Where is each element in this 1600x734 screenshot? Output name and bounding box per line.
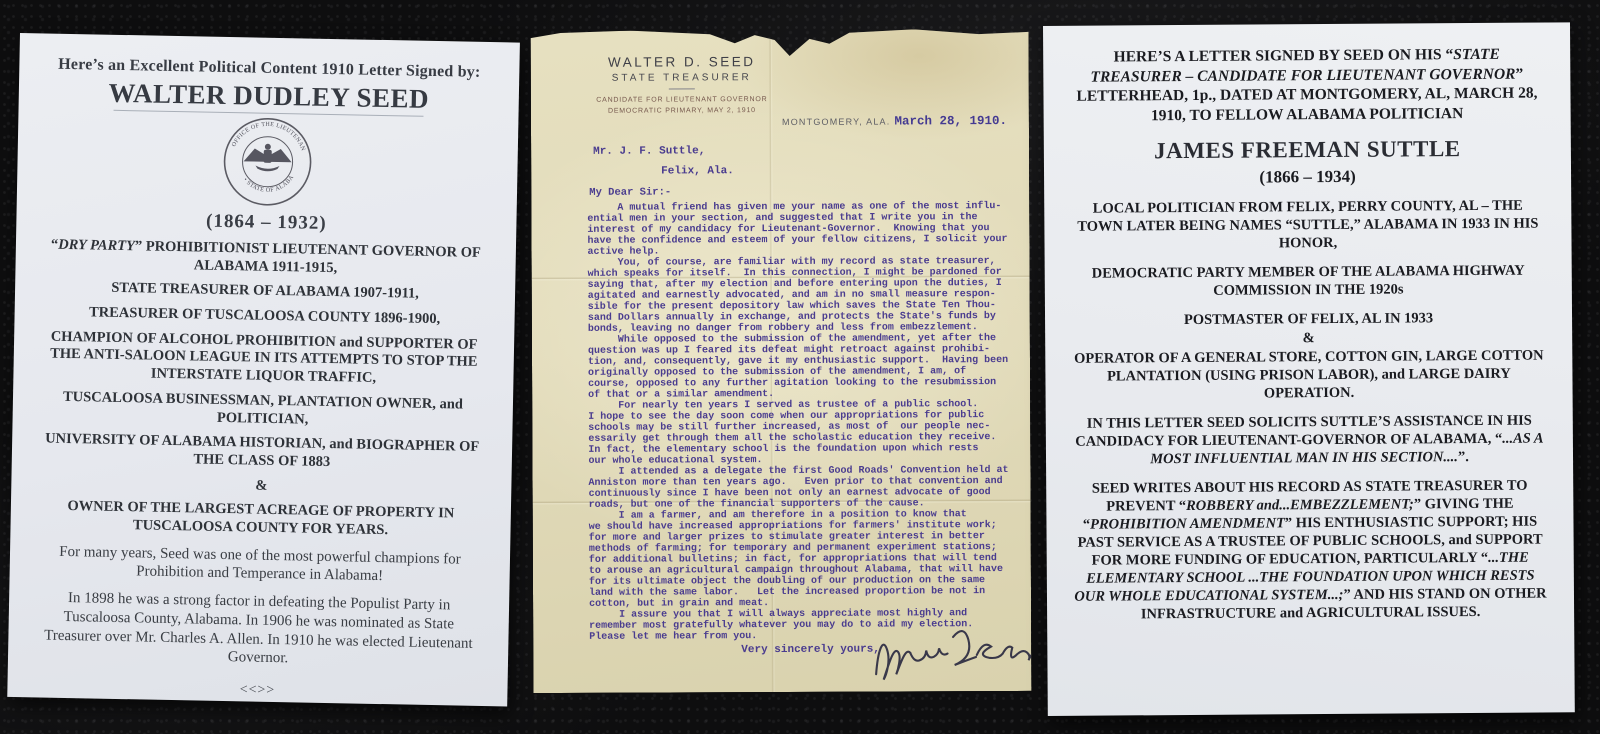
left-bold-paragraph: UNIVERSITY OF ALABAMA HISTORIAN, and BIO… (38, 431, 487, 475)
text-segment: TUSCALOOSA BUSINESSMAN, PLANTATION OWNER… (63, 389, 463, 427)
letter-line: In fact, the elementary school is the fo… (588, 443, 1018, 456)
text-segment: ”. (1458, 449, 1469, 465)
original-1910-letter: WALTER D. SEED STATE TREASURER CANDIDATE… (531, 29, 1032, 693)
text-segment: TREASURER OF TUSCALOOSA COUNTY 1896-1900… (89, 304, 440, 327)
letterhead-candidate-line: CANDIDATE FOR LIEUTENANT GOVERNOR (577, 95, 787, 106)
left-bold-paragraph: TREASURER OF TUSCALOOSA COUNTY 1896-1900… (40, 304, 488, 330)
alabama-lieutenant-governor-seal-icon: OFFICE OF THE LIEUTENANT GOVERNOR • STAT… (221, 117, 315, 211)
text-segment: CHAMPION OF ALCOHOL PROHIBITION and SUPP… (50, 328, 478, 386)
left-normal-paragraphs: For many years, Seed was one of the most… (33, 542, 484, 704)
text-segment: POSTMASTER OF FELIX, AL IN 1933 (1184, 310, 1433, 328)
closing-line: Very sincerely yours, (741, 644, 880, 657)
right-paragraph: DEMOCRATIC PARTY MEMBER OF THE ALABAMA H… (1072, 263, 1545, 302)
text-segment: ROBBERY and...EMBEZZLEMENT; (1186, 496, 1414, 514)
right-paragraph: (1866 – 1934) (1071, 165, 1544, 189)
right-description-page: HERE’S A LETTER SIGNED BY SEED ON HIS “S… (1043, 22, 1575, 716)
left-bold-paragraph: & (37, 473, 485, 499)
right-paragraph: POSTMASTER OF FELIX, AL IN 1933 (1072, 310, 1545, 331)
left-bold-paragraph: STATE TREASURER OF ALABAMA 1907-1911, (41, 279, 489, 305)
left-life-years: (1864 – 1932) (42, 207, 490, 238)
text-segment: OWNER OF THE LARGEST ACREAGE OF PROPERTY… (67, 498, 454, 538)
right-paragraph: & (1072, 329, 1545, 350)
left-description-page: Here’s an Excellent Political Content 19… (7, 33, 520, 706)
salutation: My Dear Sir:- (589, 186, 671, 198)
letterhead-rule (669, 88, 695, 89)
place-printed: MONTGOMERY, ALA. (782, 117, 890, 127)
right-paragraph: IN THIS LETTER SEED SOLICITS SUTTLE’S AS… (1073, 412, 1546, 469)
letter-line: course, opposed to any further agitation… (588, 377, 1018, 390)
text-segment: (1866 – 1934) (1259, 167, 1355, 187)
seal-graphic: OFFICE OF THE LIEUTENANT GOVERNOR • STAT… (221, 117, 315, 207)
right-paragraph: HERE’S A LETTER SIGNED BY SEED ON HIS “S… (1070, 45, 1544, 127)
right-paragraph: LOCAL POLITICIAN FROM FELIX, PERRY COUNT… (1071, 198, 1544, 255)
text-segment: JAMES FREEMAN SUTTLE (1154, 136, 1461, 163)
letter-body: A mutual friend has given me your name a… (587, 201, 1019, 643)
letterhead-title: STATE TREASURER (577, 72, 787, 84)
left-bold-paragraphs: “DRY PARTY” PROHIBITIONIST LIEUTENANT GO… (36, 236, 490, 541)
recipient-address: Mr. J. F. Suttle, Felix, Ala. (593, 146, 734, 178)
left-bold-paragraph: OWNER OF THE LARGEST ACREAGE OF PROPERTY… (36, 498, 485, 542)
text-segment: <<>> (239, 682, 275, 698)
text-segment: IN THIS LETTER SEED SOLICITS SUTTLE’S AS… (1075, 413, 1532, 450)
text-segment: STATE TREASURER OF ALABAMA 1907-1911, (111, 280, 419, 302)
right-paragraphs: HERE’S A LETTER SIGNED BY SEED ON HIS “S… (1070, 45, 1547, 625)
letterhead: WALTER D. SEED STATE TREASURER CANDIDATE… (577, 54, 787, 117)
recipient-town: Felix, Ala. (661, 166, 734, 177)
text-segment: & (255, 477, 267, 493)
right-paragraph: JAMES FREEMAN SUTTLE (1071, 134, 1544, 166)
text-segment: HERE’S A LETTER SIGNED BY SEED ON HIS “ (1114, 46, 1454, 65)
text-segment: For many years, Seed was one of the most… (59, 543, 461, 584)
typed-date: March 28, 1910. (894, 114, 1007, 128)
signature-walter-d-seed (865, 606, 1031, 693)
photo-of-documents: Here’s an Excellent Political Content 19… (0, 0, 1600, 734)
place-date-line: MONTGOMERY, ALA. March 28, 1910. (782, 111, 1007, 130)
text-segment: OPERATOR OF A GENERAL STORE, COTTON GIN,… (1074, 348, 1544, 402)
text-segment: ” PROHIBITIONIST LIEUTENANT GOVERNOR OF … (135, 238, 481, 276)
right-paragraph: OPERATOR OF A GENERAL STORE, COTTON GIN,… (1072, 348, 1545, 405)
left-normal-paragraph: In 1898 he was a strong factor in defeat… (34, 589, 483, 673)
left-bold-paragraph: “DRY PARTY” PROHIBITIONIST LIEUTENANT GO… (41, 236, 490, 280)
letterhead-name: WALTER D. SEED (577, 54, 787, 70)
left-normal-paragraph: <<>> (33, 678, 481, 704)
left-normal-paragraph: For many years, Seed was one of the most… (36, 542, 485, 588)
seal-eagle-crest (243, 143, 292, 171)
text-segment: DRY PARTY (58, 237, 135, 254)
text-segment: UNIVERSITY OF ALABAMA HISTORIAN, and BIO… (45, 431, 479, 470)
text-segment: & (1303, 330, 1315, 346)
recipient-name: Mr. J. F. Suttle, (593, 146, 734, 158)
text-segment: DEMOCRATIC PARTY MEMBER OF THE ALABAMA H… (1092, 263, 1525, 299)
text-segment: PROHIBITION AMENDMENT (1090, 515, 1285, 532)
left-bold-paragraph: CHAMPION OF ALCOHOL PROHIBITION and SUPP… (39, 328, 488, 390)
letterhead-primary-line: DEMOCRATIC PRIMARY, MAY 2, 1910 (577, 105, 787, 116)
letter-line: have the confidence and esteem of your f… (587, 234, 1017, 247)
left-bold-paragraph: TUSCALOOSA BUSINESSMAN, PLANTATION OWNER… (39, 388, 488, 432)
text-segment: In 1898 he was a strong factor in defeat… (44, 590, 473, 666)
right-paragraph: SEED WRITES ABOUT HIS RECORD AS STATE TR… (1073, 477, 1547, 624)
text-segment: LOCAL POLITICIAN FROM FELIX, PERRY COUNT… (1077, 198, 1538, 252)
left-subject-name: WALTER DUDLEY SEED (45, 76, 494, 118)
letter-line: land with the same labor. Let the increa… (589, 586, 1019, 599)
